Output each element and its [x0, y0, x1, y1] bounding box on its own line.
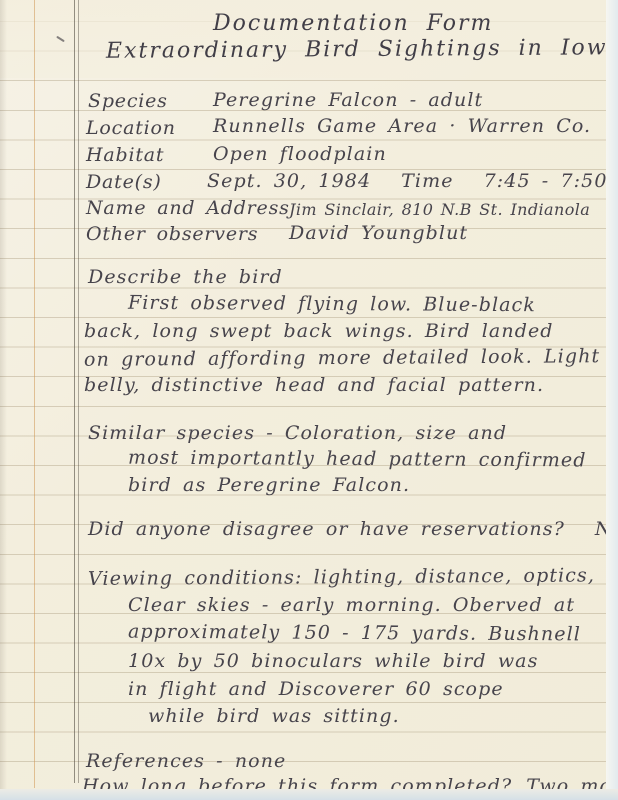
form-title: Documentation Form	[213, 12, 493, 36]
scan-edge-right	[606, 0, 618, 800]
viewing-conditions-line: approximately 150 - 175 yards. Bushnell	[128, 620, 581, 647]
describe-bird-line: back, long swept back wings. Bird landed	[84, 319, 554, 343]
species-value: Peregrine Falcon - adult	[213, 88, 483, 112]
margin-tick-line	[34, 0, 35, 788]
describe-bird-line: on ground affording more detailed look. …	[84, 344, 600, 372]
left-margin-line-inner	[78, 0, 79, 783]
viewing-conditions-line: while bird was sitting.	[148, 704, 400, 728]
name-address-label: Name and Address	[86, 196, 290, 220]
scan-edge-bottom	[0, 789, 618, 800]
viewing-conditions-line: 10x by 50 binoculars while bird was	[128, 649, 538, 673]
paper-edge-shadow	[0, 0, 7, 800]
location-label: Location	[86, 116, 176, 140]
other-observers-label: Other observers	[86, 222, 258, 246]
scanned-form-page: Documentation Form Extraordinary Bird Si…	[0, 0, 618, 800]
species-label: Species	[88, 89, 168, 113]
dates-value-row: Sept. 30, 1984Time7:45 - 7:50 a.m.	[207, 169, 618, 193]
time-value: 7:45 - 7:50 a.m.	[484, 170, 618, 192]
location-value: Runnells Game Area · Warren Co.	[213, 114, 591, 138]
references-line: References - none	[86, 749, 286, 773]
describe-bird-line: belly, distinctive head and facial patte…	[84, 373, 544, 397]
viewing-conditions-line: Clear skies - early morning. Oberved at	[128, 593, 575, 617]
similar-species-line: Similar species - Coloration, size and	[88, 421, 507, 445]
viewing-conditions-line: in flight and Discoverer 60 scope	[128, 677, 504, 701]
dates-label: Date(s)	[86, 170, 162, 194]
stray-pencil-mark	[56, 36, 65, 42]
left-margin-line-outer	[74, 0, 75, 783]
form-subtitle: Extraordinary Bird Sightings in Iowa	[106, 36, 618, 64]
other-observers-value: David Youngblut	[289, 221, 468, 245]
describe-bird-line: First observed flying low. Blue-black	[128, 291, 536, 317]
habitat-label: Habitat	[86, 143, 164, 167]
similar-species-line: bird as Peregrine Falcon.	[128, 473, 410, 497]
describe-bird-heading: Describe the bird	[88, 265, 283, 289]
disagree-row: Did anyone disagree or have reservations…	[88, 517, 618, 541]
similar-species-line: most importantly head pattern confirmed	[128, 446, 587, 473]
time-label: Time	[401, 170, 453, 192]
disagree-question: Did anyone disagree or have reservations…	[88, 518, 565, 540]
habitat-value: Open floodplain	[213, 142, 387, 166]
viewing-conditions-heading: Viewing conditions: lighting, distance, …	[88, 563, 618, 591]
dates-value: Sept. 30, 1984	[207, 170, 371, 192]
name-address-value: Jim Sinclair, 810 N.B St. Indianola	[289, 198, 590, 222]
